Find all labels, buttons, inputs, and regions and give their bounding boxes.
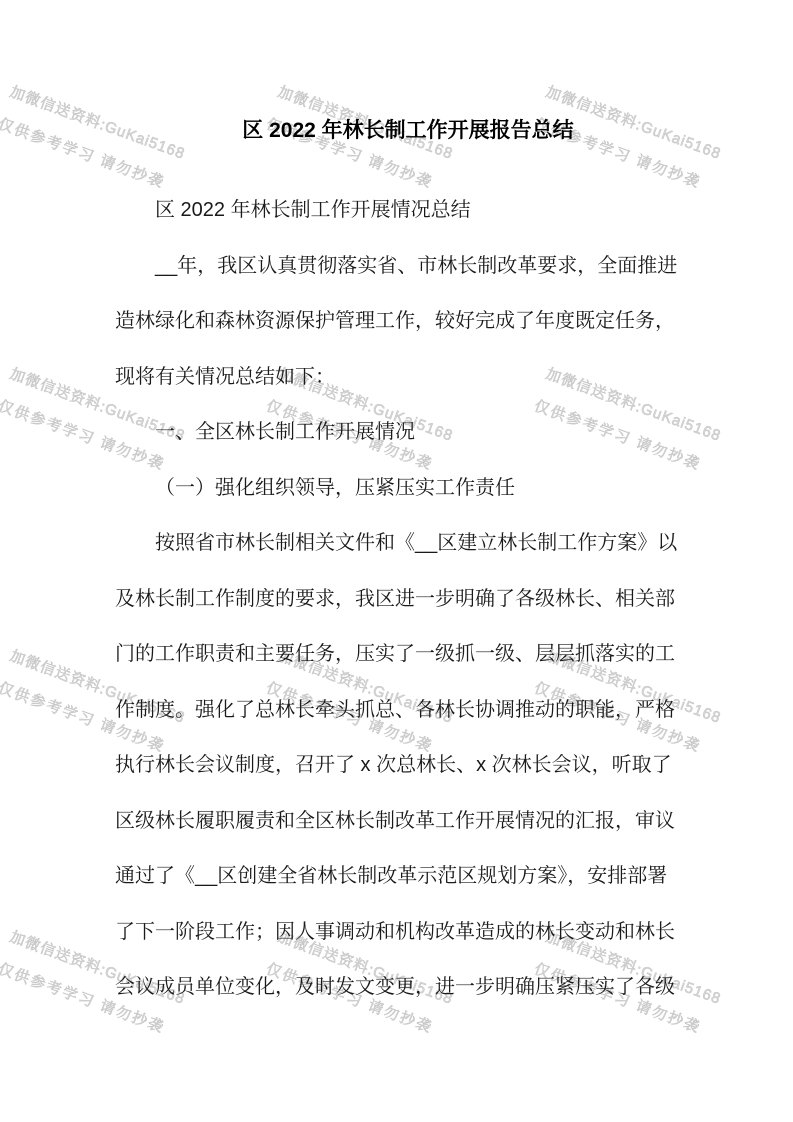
- paragraph-subsection-1-1-body: 按照省市林长制相关文件和《__区建立林长制工作方案》以及林长制工作制度的要求，我…: [115, 516, 701, 1016]
- heading-section-1: 一、全区林长制工作开展情况: [115, 405, 701, 461]
- document-page: 加微信送资料:GuKai5168仅供参考学习 请勿抄袭加微信送资料:GuKai5…: [0, 0, 793, 1122]
- paragraph-intro: __年，我区认真贯彻落实省、市林长制改革要求，全面推进造林绿化和森林资源保护管理…: [115, 239, 701, 406]
- document-content: 区 2022 年林长制工作开展报告总结 区 2022 年林长制工作开展情况总结 …: [0, 0, 793, 1016]
- document-title: 区 2022 年林长制工作开展报告总结: [115, 103, 701, 158]
- heading-subsection-1-1: （一）强化组织领导，压紧压实工作责任: [115, 461, 701, 517]
- paragraph-subtitle: 区 2022 年林长制工作开展情况总结: [115, 183, 701, 239]
